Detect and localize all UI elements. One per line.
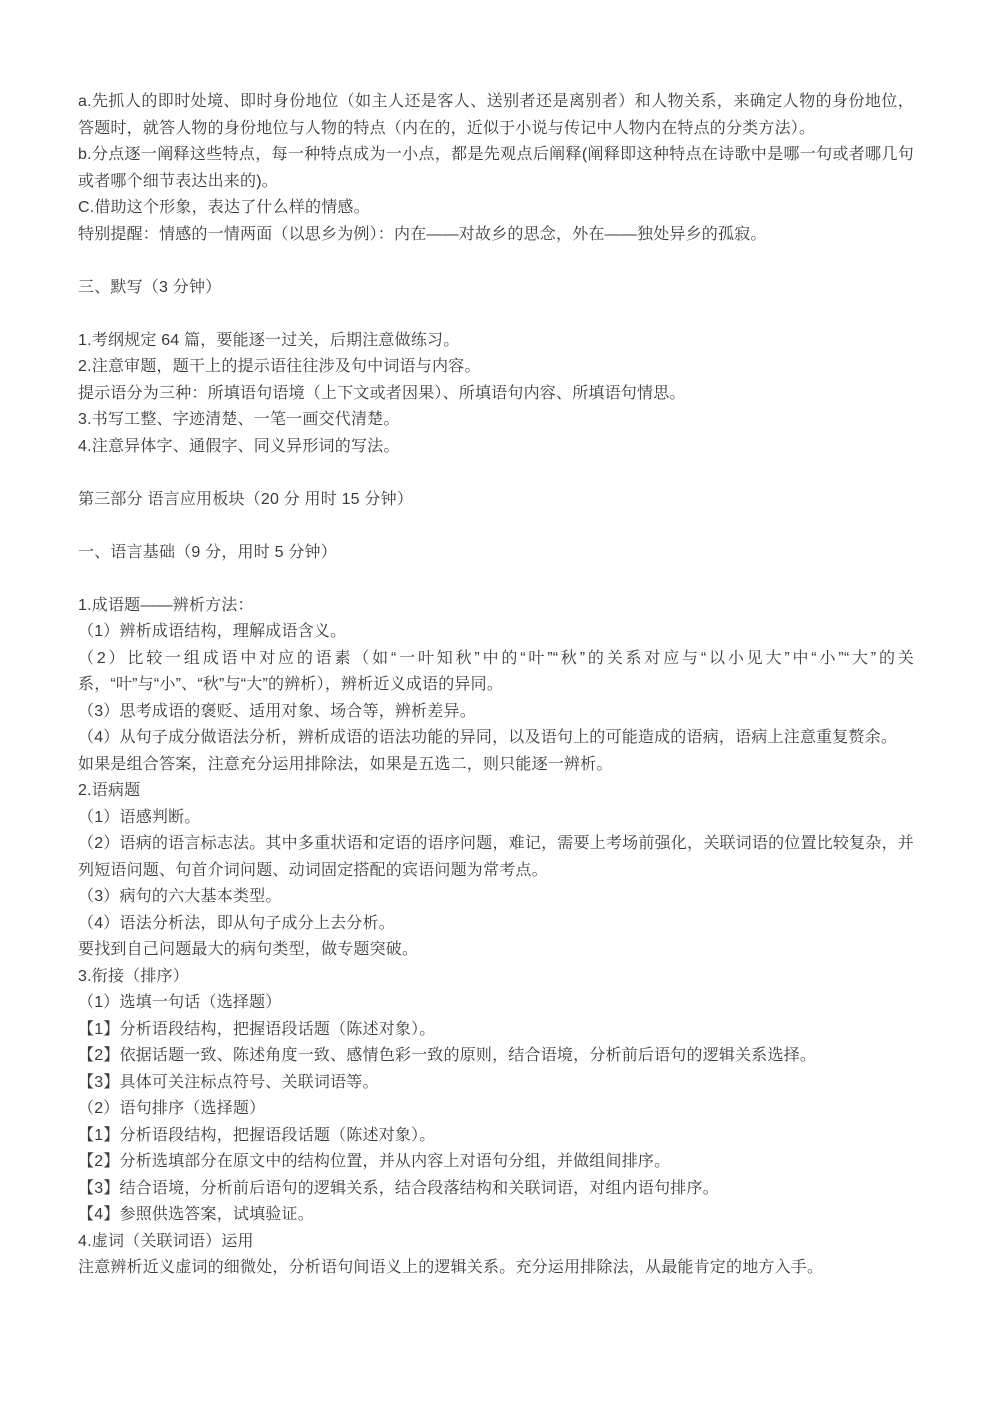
document-line: 特别提醒：情感的一情两面（以思乡为例）：内在——对故乡的思念，外在——独处异乡的… bbox=[78, 222, 914, 249]
document-line: 【1】分析语段结构，把握语段话题（陈述对象）。 bbox=[78, 1017, 914, 1044]
document-line: 1.成语题——辨析方法： bbox=[78, 593, 914, 620]
blank-line bbox=[78, 248, 914, 275]
document-line: （2）语病的语言标志法。其中多重状语和定语的语序问题，难记，需要上考场前强化，关… bbox=[78, 831, 914, 884]
document-line: 提示语分为三种：所填语句语境（上下文或者因果）、所填语句内容、所填语句情思。 bbox=[78, 381, 914, 408]
document-line: 一、语言基础（9 分，用时 5 分钟） bbox=[78, 540, 914, 567]
document-line: 1.考纲规定 64 篇，要能逐一过关，后期注意做练习。 bbox=[78, 328, 914, 355]
blank-line bbox=[78, 513, 914, 540]
document-line: 【1】分析语段结构，把握语段话题（陈述对象）。 bbox=[78, 1123, 914, 1150]
blank-line bbox=[78, 566, 914, 593]
document-line: 要找到自己问题最大的病句类型，做专题突破。 bbox=[78, 937, 914, 964]
document-line: a.先抓人的即时处境、即时身份地位（如主人还是客人、送别者还是离别者）和人物关系… bbox=[78, 89, 914, 142]
document-line: （3）思考成语的褒贬、适用对象、场合等，辨析差异。 bbox=[78, 699, 914, 726]
document-line: 如果是组合答案，注意充分运用排除法，如果是五选二，则只能逐一辨析。 bbox=[78, 752, 914, 779]
document-line: 【4】参照供选答案，试填验证。 bbox=[78, 1202, 914, 1229]
document-line: 3.书写工整、字迹清楚、一笔一画交代清楚。 bbox=[78, 407, 914, 434]
document-line: 第三部分 语言应用板块（20 分 用时 15 分钟） bbox=[78, 487, 914, 514]
document-line: （3）病句的六大基本类型。 bbox=[78, 884, 914, 911]
blank-line bbox=[78, 301, 914, 328]
document-line: 注意辨析近义虚词的细微处，分析语句间语义上的逻辑关系。充分运用排除法，从最能肯定… bbox=[78, 1255, 914, 1282]
document-line: 3.衔接（排序） bbox=[78, 964, 914, 991]
document-line: （4）从句子成分做语法分析，辨析成语的语法功能的异同，以及语句上的可能造成的语病… bbox=[78, 725, 914, 752]
document-body: a.先抓人的即时处境、即时身份地位（如主人还是客人、送别者还是离别者）和人物关系… bbox=[78, 89, 914, 1282]
document-line: 2.语病题 bbox=[78, 778, 914, 805]
document-line: 【2】分析选填部分在原文中的结构位置，并从内容上对语句分组，并做组间排序。 bbox=[78, 1149, 914, 1176]
page: a.先抓人的即时处境、即时身份地位（如主人还是客人、送别者还是离别者）和人物关系… bbox=[0, 0, 992, 1403]
document-line: 4.注意异体字、通假字、同义异形词的写法。 bbox=[78, 434, 914, 461]
document-line: 2.注意审题，题干上的提示语往往涉及句中词语与内容。 bbox=[78, 354, 914, 381]
document-line: （1）选填一句话（选择题） bbox=[78, 990, 914, 1017]
document-line: （1）语感判断。 bbox=[78, 805, 914, 832]
document-line: 4.虚词（关联词语）运用 bbox=[78, 1229, 914, 1256]
document-line: （2）比较一组成语中对应的语素（如“一叶知秋”中的“叶”“秋”的关系对应与“以小… bbox=[78, 646, 914, 699]
blank-line bbox=[78, 460, 914, 487]
document-line: （4）语法分析法，即从句子成分上去分析。 bbox=[78, 911, 914, 938]
document-line: 【3】结合语境，分析前后语句的逻辑关系，结合段落结构和关联词语，对组内语句排序。 bbox=[78, 1176, 914, 1203]
document-line: b.分点逐一阐释这些特点，每一种特点成为一小点，都是先观点后阐释(阐释即这种特点… bbox=[78, 142, 914, 195]
document-line: C.借助这个形象，表达了什么样的情感。 bbox=[78, 195, 914, 222]
document-line: （1）辨析成语结构，理解成语含义。 bbox=[78, 619, 914, 646]
document-line: 【2】依据话题一致、陈述角度一致、感情色彩一致的原则，结合语境，分析前后语句的逻… bbox=[78, 1043, 914, 1070]
document-line: 【3】具体可关注标点符号、关联词语等。 bbox=[78, 1070, 914, 1097]
document-line: 三、默写（3 分钟） bbox=[78, 275, 914, 302]
document-line: （2）语句排序（选择题） bbox=[78, 1096, 914, 1123]
